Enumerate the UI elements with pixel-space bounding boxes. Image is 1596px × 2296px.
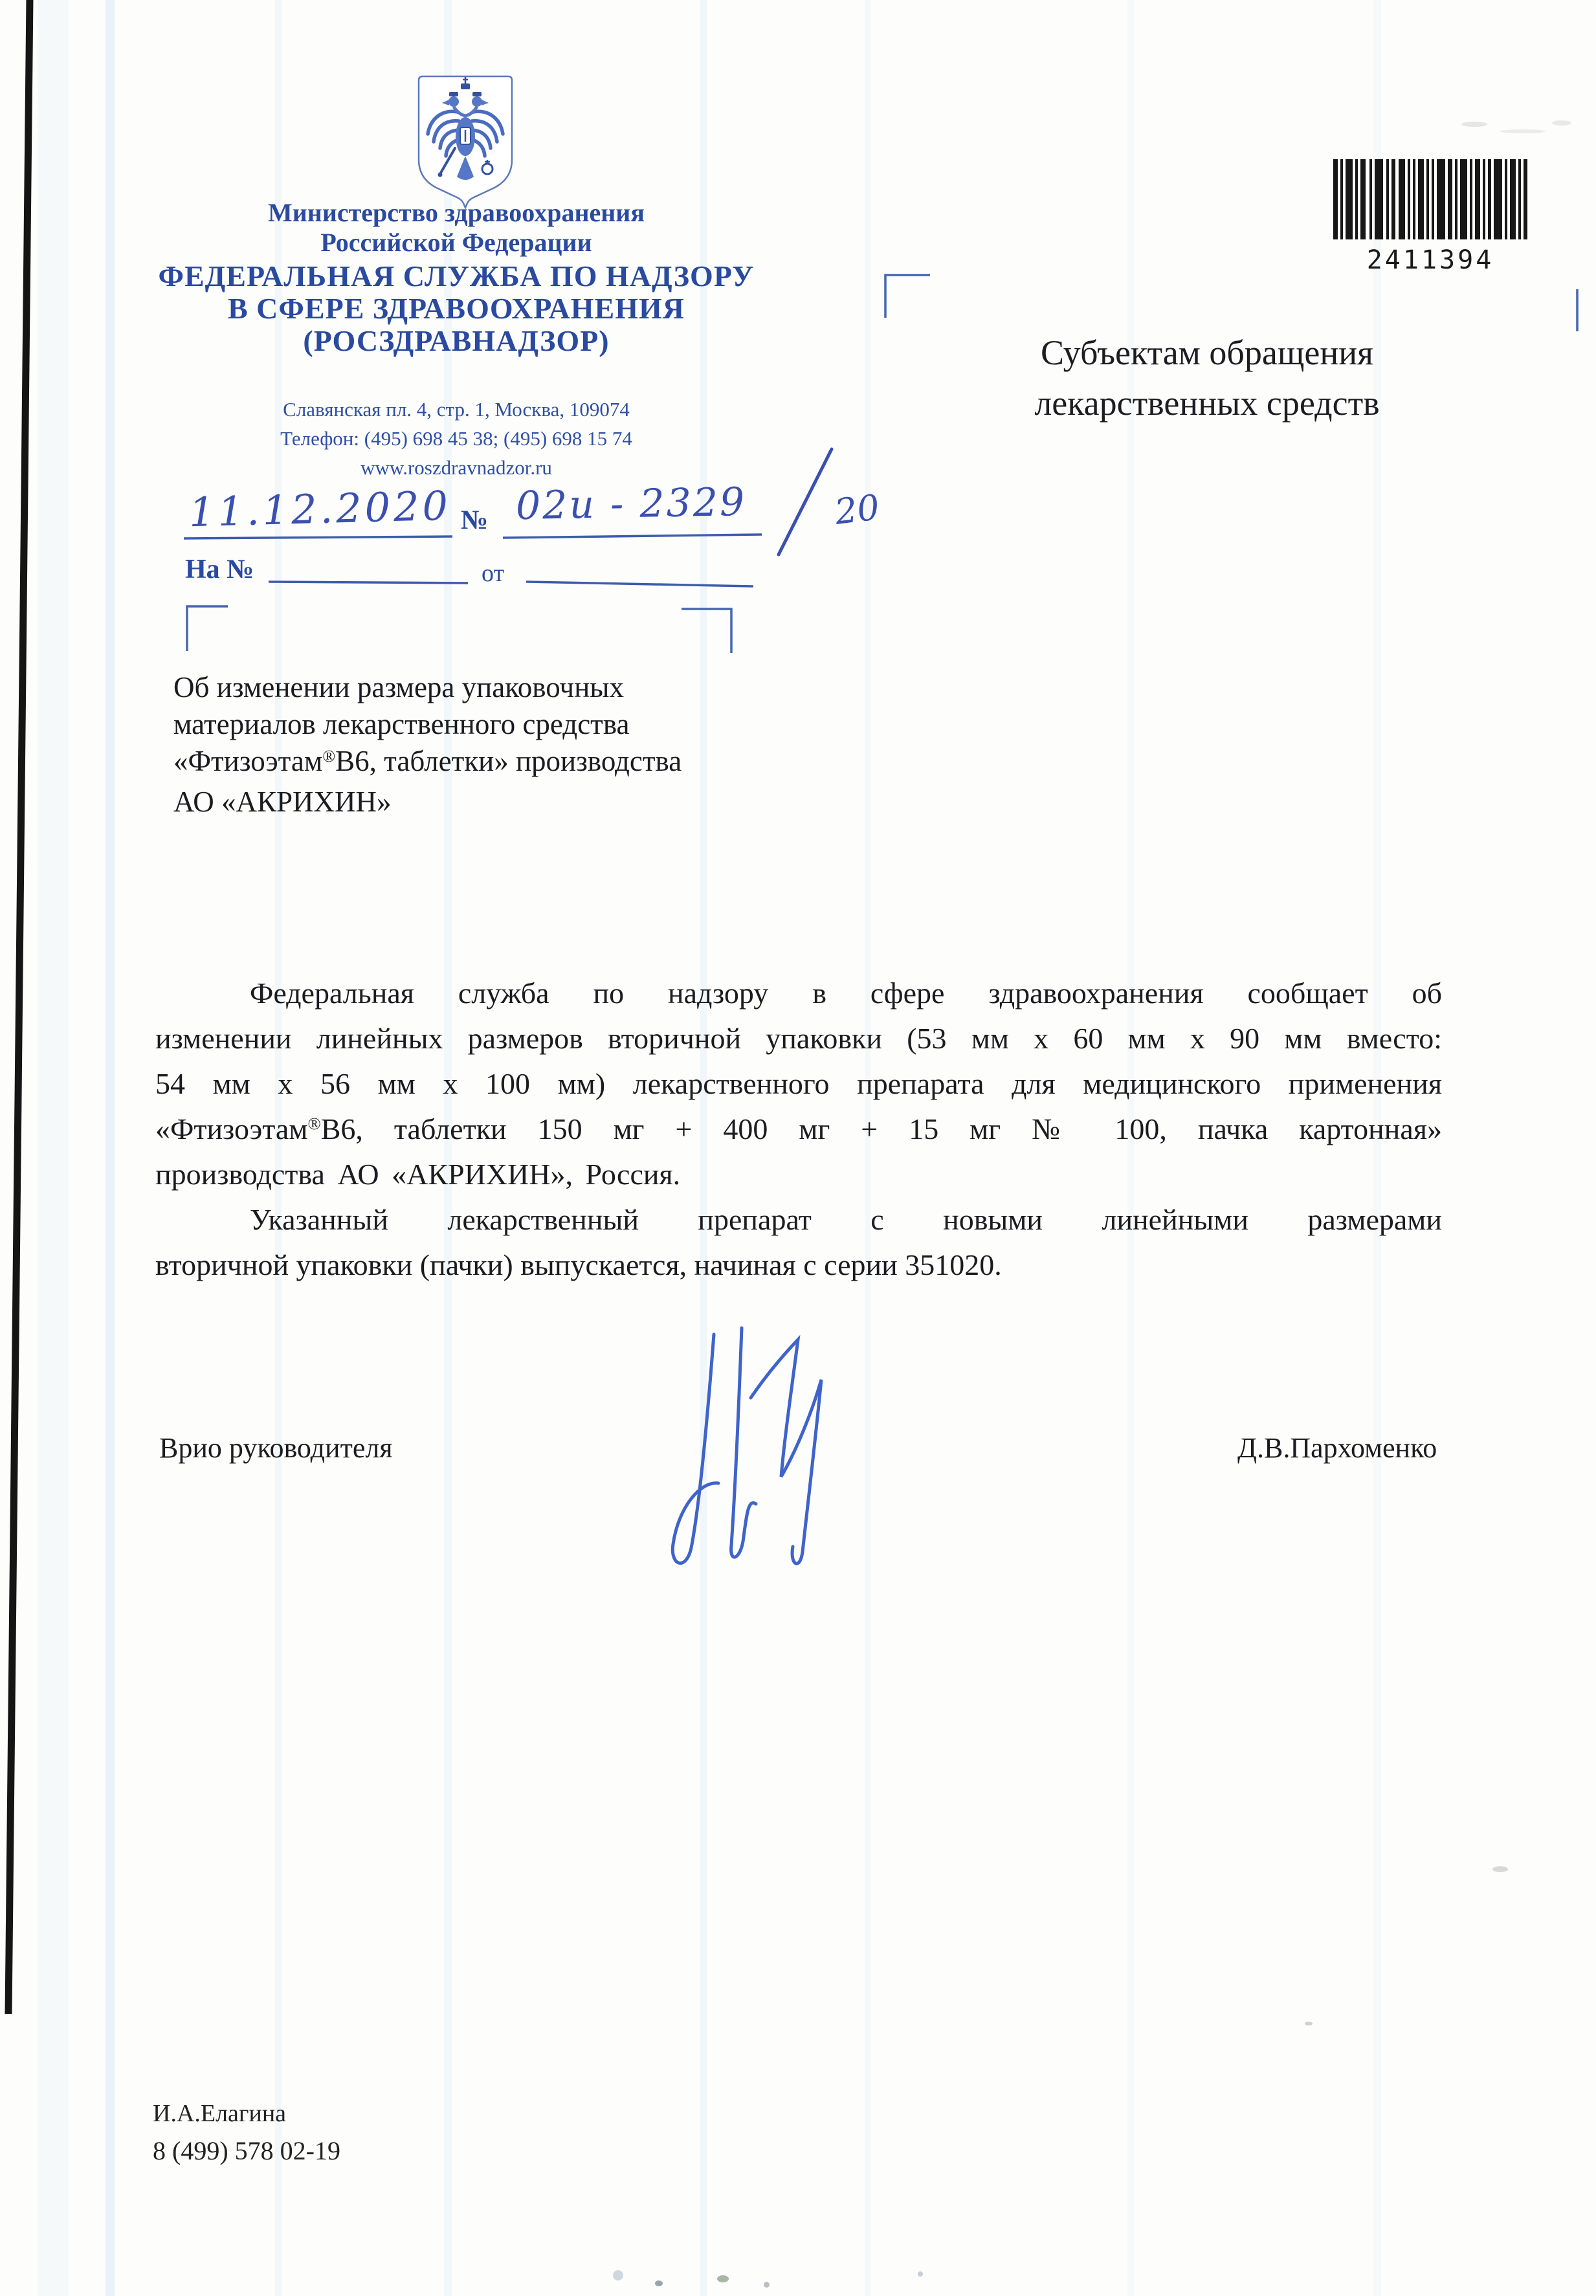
scan-speck [1492, 1866, 1508, 1872]
scan-speck [918, 2271, 923, 2277]
reply-from-label: от [482, 559, 504, 588]
scan-speck [1461, 122, 1487, 127]
body-line: Указанный лекарственный препарат с новым… [155, 1197, 1442, 1242]
addressee-line2: лекарственных средств [997, 378, 1417, 428]
number-sign-label: № [461, 505, 488, 536]
ministry-line1: Министерство здравоохранения [146, 198, 767, 228]
russia-coat-of-arms-icon [412, 73, 518, 210]
document-page: { "letterhead": { "emblem_icon": "russia… [0, 0, 1596, 2296]
subject-line2: материалов лекарственного средства [173, 706, 782, 743]
service-line1: ФЕДЕРАЛЬНАЯ СЛУЖБА ПО НАДЗОРУ [146, 260, 767, 293]
service-name: ФЕДЕРАЛЬНАЯ СЛУЖБА ПО НАДЗОРУ В СФЕРЕ ЗД… [146, 260, 767, 357]
ministry-line2: Российской Федерации [146, 228, 767, 258]
number-underline [503, 535, 762, 538]
reply-number-underline [269, 582, 468, 583]
subject-line4: АО «АКРИХИН» [173, 784, 782, 821]
handwritten-date: 11.12.2020 [188, 482, 452, 536]
body-line: вторичной упаковки (пачки) выпускается, … [155, 1242, 1442, 1288]
scan-speck [1500, 129, 1546, 133]
reply-to-number-label: На № [185, 554, 254, 585]
scan-speck [717, 2275, 729, 2282]
letterhead-website: www.roszdravnadzor.ru [146, 453, 767, 482]
letterhead-address: Славянская пл. 4, стр. 1, Москва, 109074 [146, 395, 767, 424]
signer-position: Врио руководителя [159, 1431, 393, 1464]
addressee-block: Субъектам обращения лекарственных средст… [997, 327, 1417, 428]
signer-name: Д.В.Пархоменко [1237, 1431, 1437, 1464]
body-line: изменении линейных размеров вторичной уп… [155, 1016, 1442, 1061]
body-line: производства АО «АКРИХИН», Россия. [155, 1152, 1442, 1197]
scan-streak [38, 0, 69, 2296]
scan-edge-line [8, 0, 30, 2014]
subject-corner-mark-left [187, 606, 228, 651]
subject-line3: «Фтизоэтам®В6, таблетки» производства [173, 743, 782, 784]
subject-corner-mark-right [682, 609, 731, 653]
registration-barcode: 2411394 [1333, 159, 1527, 275]
body-line: Федеральная служба по надзору в сфере зд… [155, 971, 1442, 1016]
letterhead-phone: Телефон: (495) 698 45 38; (495) 698 15 7… [146, 424, 767, 453]
service-line2: В СФЕРЕ ЗДРАВООХРАНЕНИЯ [146, 293, 767, 325]
addressee-corner-mark [885, 275, 930, 318]
reply-date-underline [526, 582, 753, 586]
date-underline [184, 536, 452, 538]
handwritten-number-year: 20 [832, 487, 881, 533]
subject-line1: Об изменении размера упаковочных [173, 669, 782, 706]
executor-phone: 8 (499) 578 02-19 [153, 2136, 340, 2166]
handwriting-slash [779, 449, 832, 555]
letterhead-contacts: Славянская пл. 4, стр. 1, Москва, 109074… [146, 395, 767, 482]
body-line: 54 мм х 56 мм х 100 мм) лекарственного п… [155, 1061, 1442, 1107]
service-line3: (РОСЗДРАВНАДЗОР) [146, 325, 767, 357]
scan-speck [1552, 120, 1571, 126]
scan-speck [613, 2270, 623, 2280]
barcode-bars [1333, 159, 1527, 239]
body-line: «Фтизоэтам®В6, таблетки 150 мг + 400 мг … [155, 1107, 1442, 1156]
scan-speck [1305, 2022, 1313, 2026]
ministry-name: Министерство здравоохранения Российской … [146, 198, 767, 258]
executor-name: И.А.Елагина [153, 2099, 286, 2128]
handwritten-outgoing-number: 02и - 2329 [515, 480, 746, 529]
subject-block: Об изменении размера упаковочных материа… [173, 669, 782, 821]
addressee-line1: Субъектам обращения [997, 327, 1417, 378]
scan-speck [655, 2280, 663, 2286]
signature-scribble [672, 1328, 821, 1563]
scan-streak [105, 0, 115, 2296]
scan-speck [764, 2282, 770, 2288]
scanned-letter: Министерство здравоохранения Российской … [0, 0, 1596, 2296]
barcode-number: 2411394 [1333, 245, 1527, 275]
